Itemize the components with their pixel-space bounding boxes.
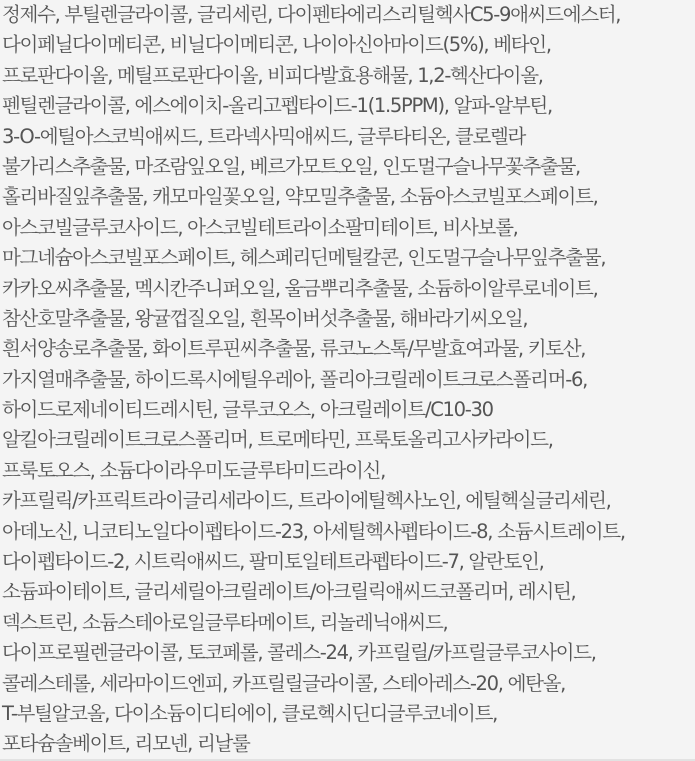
ingredients-line: 다이펩타이드-2, 시트릭애씨드, 팔미토일테트라펩타이드-7, 알란토인, xyxy=(2,547,695,577)
ingredients-line: 포타슘솔베이트, 리모넨, 리날룰 xyxy=(2,729,695,759)
ingredients-line: 카프릴릭/카프릭트라이글리세라이드, 트라이에틸헥사노인, 에틸헥실글리세린, xyxy=(2,486,695,516)
ingredients-line: 다이프로필렌글라이콜, 토코페롤, 콜레스-24, 카프릴릴/카프릴글루코사이드… xyxy=(2,638,695,668)
ingredients-line: 덱스트린, 소듐스테아로일글루타메이트, 리놀레닉애씨드, xyxy=(2,608,695,638)
ingredients-line: 다이페닐다이메티콘, 비닐다이메티콘, 나이아신아마이드(5%), 베타인, xyxy=(2,30,695,60)
ingredients-line: 알킬아크릴레이트크로스폴리머, 트로메타민, 프룩토올리고사카라이드, xyxy=(2,425,695,455)
ingredients-line: 소듐파이테이트, 글리세릴아크릴레이트/아크릴릭애씨드코폴리머, 레시틴, xyxy=(2,577,695,607)
ingredients-line: T-부틸알코올, 다이소듐이디티에이, 클로헥시딘디글루코네이트, xyxy=(2,699,695,729)
ingredients-line: 참산호말추출물, 왕귤껍질오일, 흰목이버섯추출물, 해바라기씨오일, xyxy=(2,304,695,334)
ingredients-list: 정제수, 부틸렌글라이콜, 글리세린, 다이펜타에리스리틸헥사C5-9애씨드에스… xyxy=(2,0,695,760)
ingredients-line: 가지열매추출물, 하이드록시에틸우레아, 폴리아크릴레이트크로스폴리머-6, xyxy=(2,365,695,395)
ingredients-line: 아데노신, 니코티노일다이펩타이드-23, 아세틸헥사펩타이드-8, 소듐시트레… xyxy=(2,517,695,547)
ingredients-line: 프로판다이올, 메틸프로판다이올, 비피다발효용해물, 1,2-헥산다이올, xyxy=(2,61,695,91)
ingredients-line: 콜레스테롤, 세라마이드엔피, 카프릴릴글라이콜, 스테아레스-20, 에탄올, xyxy=(2,669,695,699)
ingredients-line: 정제수, 부틸렌글라이콜, 글리세린, 다이펜타에리스리틸헥사C5-9애씨드에스… xyxy=(2,0,695,30)
ingredients-line: 불가리스추출물, 마조람잎오일, 베르가모트오일, 인도멀구슬나무꽃추출물, xyxy=(2,152,695,182)
ingredients-line: 홀리바질잎추출물, 캐모마일꽃오일, 약모밀추출물, 소듐아스코빌포스페이트, xyxy=(2,182,695,212)
ingredients-line: 아스코빌글루코사이드, 아스코빌테트라이소팔미테이트, 비사보롤, xyxy=(2,213,695,243)
ingredients-line: 하이드로제네이티드레시틴, 글루코오스, 아크릴레이트/C10-30 xyxy=(2,395,695,425)
ingredients-line: 펜틸렌글라이콜, 에스에이치-올리고펩타이드-1(1.5PPM), 알파-알부틴… xyxy=(2,91,695,121)
ingredients-line: 마그네슘아스코빌포스페이트, 헤스페리딘메틸칼콘, 인도멀구슬나무잎추출물, xyxy=(2,243,695,273)
ingredients-line: 카카오씨추출물, 멕시칸주니퍼오일, 울금뿌리추출물, 소듐하이알루로네이트, xyxy=(2,274,695,304)
ingredients-line: 3-O-에틸아스코빅애씨드, 트라넥사믹애씨드, 글루타티온, 클로렐라 xyxy=(2,122,695,152)
ingredients-line: 흰서양송로추출물, 화이트루핀씨추출물, 류코노스톡/무발효여과물, 키토산, xyxy=(2,334,695,364)
ingredients-line: 프룩토오스, 소듐다이라우미도글루타미드라이신, xyxy=(2,456,695,486)
